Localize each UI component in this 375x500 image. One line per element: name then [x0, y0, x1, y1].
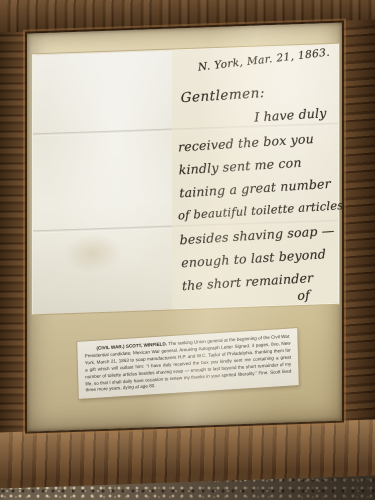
letter-line: I have duly: [254, 105, 327, 125]
letter-line: the short remainder: [182, 270, 314, 293]
letter-line: kindly sent me con: [178, 155, 301, 178]
letter-line: received the box you: [178, 131, 314, 155]
caption-text: (CIVIL WAR.) SCOTT, WINFIELD. The rankin…: [84, 334, 291, 395]
frame-bar-left: [0, 32, 27, 435]
written-letter-page: N. York, Mar. 21, 1863. Gentlemen: I hav…: [172, 45, 338, 309]
fold-crease: [33, 226, 172, 234]
letter-line: of beautiful toilette articles: [178, 198, 344, 222]
letter-dateline: N. York, Mar. 21, 1863.: [197, 46, 330, 73]
caption-body: The ranking Union general at the beginni…: [85, 334, 292, 393]
wood-picture-frame: N. York, Mar. 21, 1863. Gentlemen: I hav…: [0, 0, 375, 489]
letter-line: enough to last beyond: [181, 246, 326, 270]
handwritten-text: N. York, Mar. 21, 1863. Gentlemen: I hav…: [168, 43, 341, 311]
frame-bar-right: [342, 19, 375, 422]
letter-salutation: Gentlemen:: [180, 85, 265, 106]
letter-line: besides shaving soap —: [179, 223, 334, 248]
fold-crease: [33, 129, 172, 137]
letter-line: taining a great number: [179, 176, 331, 201]
paper-stain: [63, 232, 123, 274]
mat-window: N. York, Mar. 21, 1863. Gentlemen: I hav…: [33, 45, 338, 314]
letter-catchword: of: [297, 287, 310, 303]
dealer-caption-label: (CIVIL WAR.) SCOTT, WINFIELD. The rankin…: [77, 328, 299, 399]
cream-mat: N. York, Mar. 21, 1863. Gentlemen: I hav…: [27, 23, 342, 432]
blank-letter-page: [33, 51, 172, 314]
photo-of-framed-letter: N. York, Mar. 21, 1863. Gentlemen: I hav…: [0, 0, 375, 500]
